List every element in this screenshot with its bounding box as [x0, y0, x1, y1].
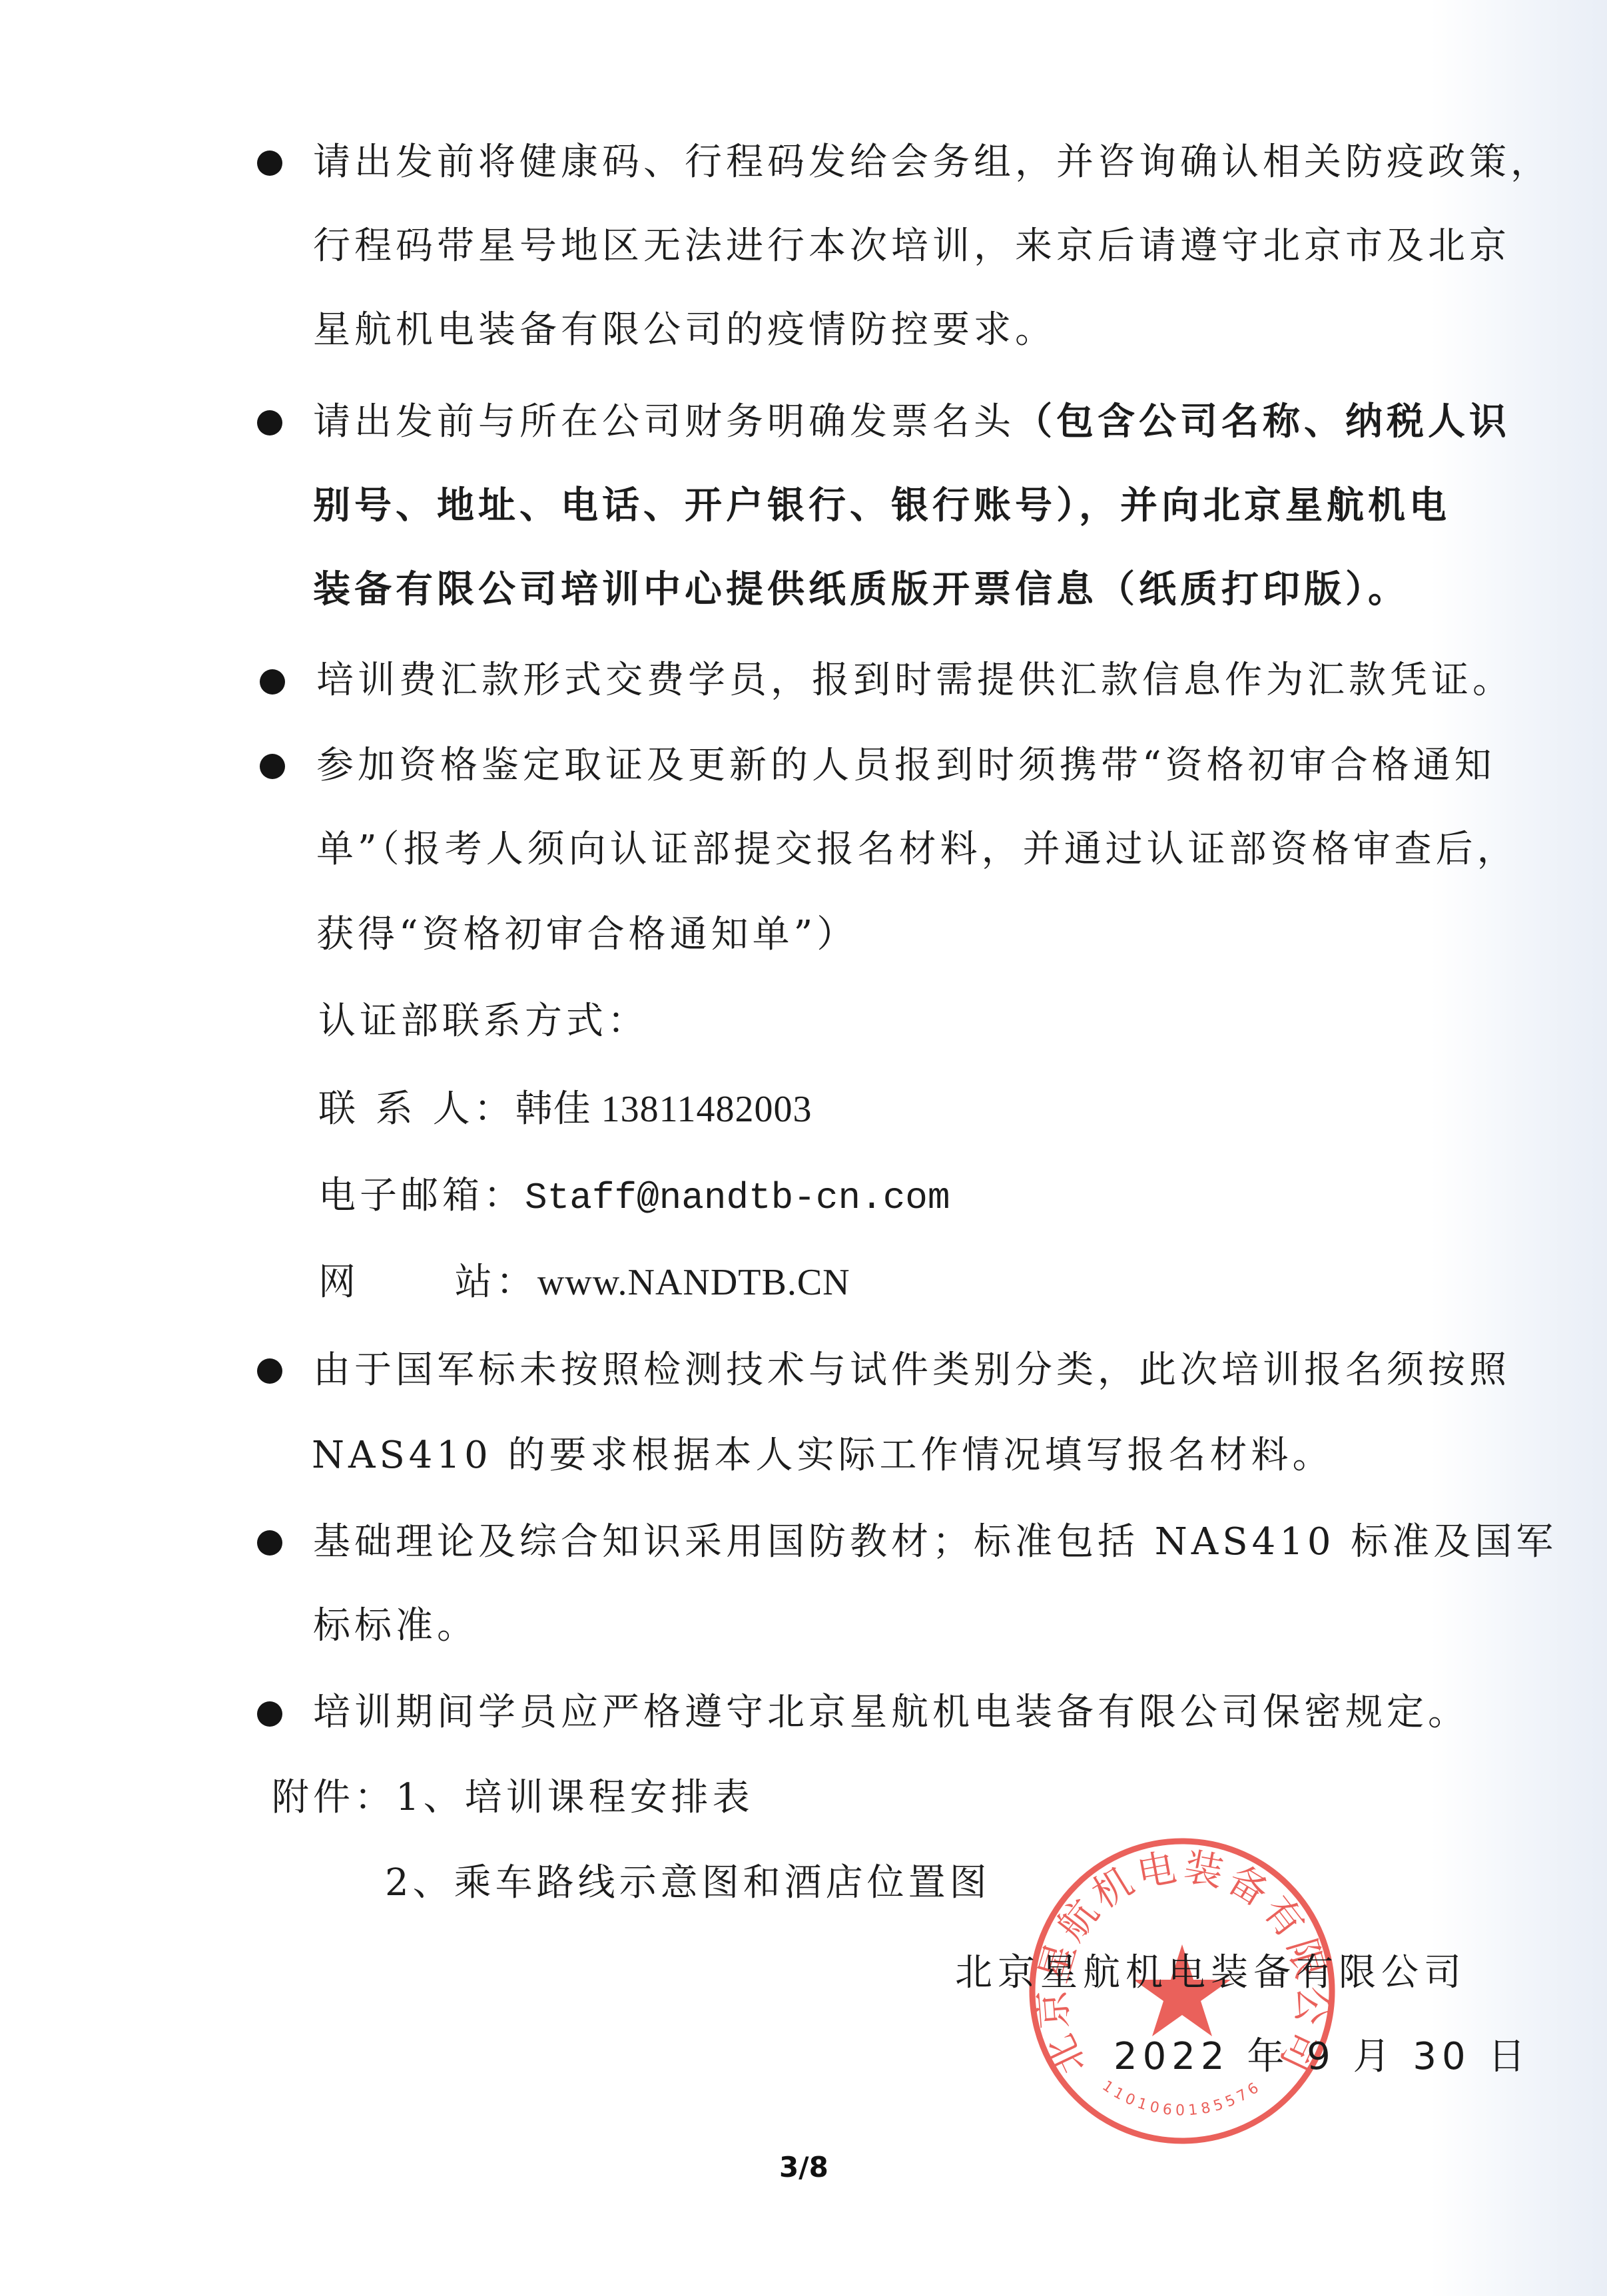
attachment-item-2: 2、乘车路线示意图和酒店位置图 [385, 1859, 991, 1907]
bullet-5-line-1: 由于国军标未按照检测技术与试件类别分类，此次培训报名须按照 [313, 1346, 1510, 1394]
bullet-4-line-3: 获得“资格初审合格通知单”） [316, 911, 858, 959]
bullet-2-line-3: 装备有限公司培训中心提供纸质版开票信息（纸质打印版）。 [313, 566, 1409, 614]
bullet-icon [260, 669, 285, 695]
contact-email-value[interactable]: Staff@nandtb-cn.com [525, 1177, 950, 1219]
bullet-icon [257, 1358, 282, 1384]
contact-person-value: 韩佳 13811482003 [515, 1089, 812, 1130]
contact-email: 电子邮箱：Staff@nandtb-cn.com [318, 1172, 950, 1222]
bullet-1-line-3: 星航机电装备有限公司的疫情防控要求。 [313, 306, 1056, 354]
contact-heading: 认证部联系方式： [318, 998, 649, 1045]
contact-person: 联 系 人：韩佳 13811482003 [318, 1085, 812, 1133]
contact-email-label: 电子邮箱： [318, 1174, 525, 1217]
bullet-1-line-2: 行程码带星号地区无法进行本次培训，来京后请遵守北京市及北京 [313, 222, 1510, 270]
invoice-details-bold: （包含公司名称、纳税人识 [1015, 400, 1510, 443]
bullet-1-line-1: 请出发前将健康码、行程码发给会务组，并咨询确认相关防疫政策， [313, 139, 1552, 186]
bullet-icon [257, 1701, 282, 1727]
bullet-6-line-1: 基础理论及综合知识采用国防教材；标准包括 NAS410 标准及国军 [313, 1518, 1557, 1566]
invoice-instruction-text: 请出发前与所在公司财务明确发票名头 [313, 400, 1015, 443]
bullet-4-line-1: 参加资格鉴定取证及更新的人员报到时须携带“资格初审合格通知 [316, 742, 1496, 790]
attachment-line-1: 附件：1、培训课程安排表 [272, 1774, 754, 1822]
svg-text:1101060185576: 1101060185576 [1099, 2078, 1265, 2119]
bullet-icon [257, 410, 282, 435]
document-page: 请出发前将健康码、行程码发给会务组，并咨询确认相关防疫政策， 行程码带星号地区无… [0, 0, 1607, 2296]
bullet-2-line-2: 别号、地址、电话、开户银行、银行账号），并向北京星航机电 [313, 482, 1450, 530]
contact-person-label: 联 系 人： [318, 1087, 515, 1131]
bullet-icon [257, 1530, 282, 1556]
bullet-6-line-2: 标标准。 [313, 1602, 478, 1650]
page-number: 3/8 [779, 2151, 828, 2183]
bullet-2-line-1: 请出发前与所在公司财务明确发票名头（包含公司名称、纳税人识 [313, 398, 1510, 446]
bullet-3-line-1: 培训费汇款形式交费学员，报到时需提供汇款信息作为汇款凭证。 [316, 657, 1514, 705]
attachment-item-1: 1、培训课程安排表 [396, 1776, 754, 1819]
bullet-icon [257, 150, 282, 176]
signature-company: 北京星航机电装备有限公司 [955, 1949, 1466, 1997]
contact-website: 网 站：www.NANDTB.CN [318, 1259, 850, 1306]
attachment-label: 附件： [272, 1776, 396, 1819]
bullet-7-line-1: 培训期间学员应严格遵守北京星航机电装备有限公司保密规定。 [313, 1689, 1469, 1737]
signature-date: 2022 年 9 月 30 日 [1114, 2033, 1530, 2081]
bullet-5-line-2: NAS410 的要求根据本人实际工作情况填写报名材料。 [312, 1432, 1334, 1480]
bullet-4-line-2: 单”（报考人须向认证部提交报名材料，并通过认证部资格审查后， [316, 826, 1518, 874]
bullet-icon [260, 754, 285, 779]
contact-website-value[interactable]: www.NANDTB.CN [537, 1262, 850, 1303]
contact-website-label: 网 站： [318, 1261, 537, 1304]
